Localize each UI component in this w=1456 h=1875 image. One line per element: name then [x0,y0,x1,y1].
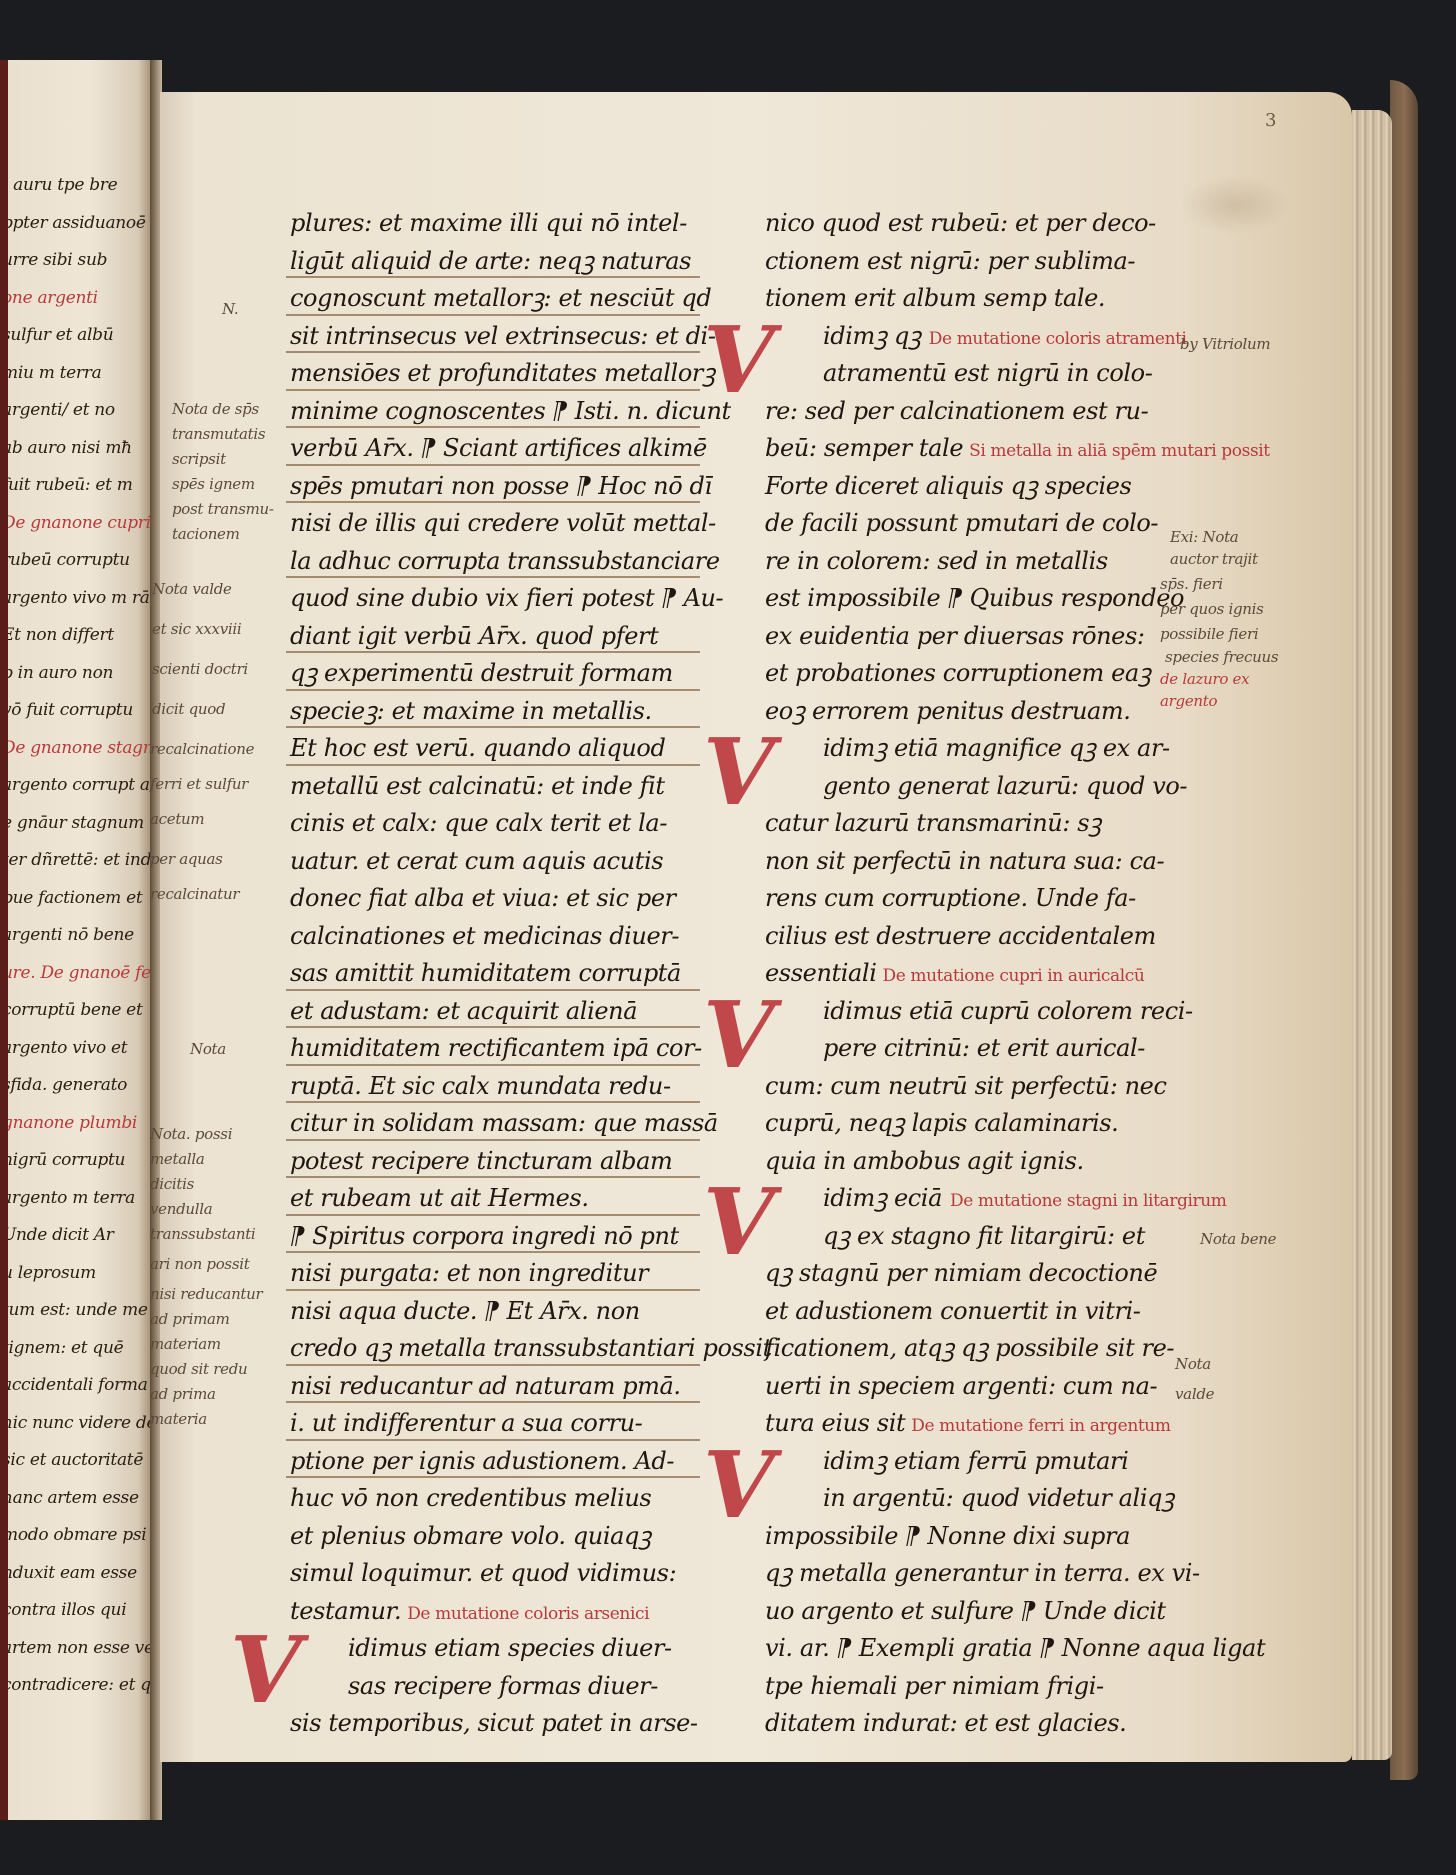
margin-note: Nota bene [1200,1230,1276,1248]
left-page-line: hic nunc videre de [2,1413,152,1433]
line-text: qꝫ ex stagno fit litargirū: et [823,1222,1145,1250]
text-line: pere citrinū: et erit aurical- [765,1030,1165,1068]
text-line: impossibile ⁋ Nonne dixi supra [765,1518,1165,1556]
margin-note: quod sit redu [150,1360,247,1378]
line-text: tpe hiemali per nimiam frigi- [765,1672,1104,1700]
decorated-initial: V [703,314,774,406]
left-page-line: rubeū corruptu [2,550,130,570]
margin-note: vendulla [150,1200,212,1218]
text-line: idimꝫ etiam ferrū pmutari [765,1443,1165,1481]
left-page-line: Et non differt [2,625,114,645]
left-page-line: accidentali forma [2,1375,148,1395]
line-text: testamur. [290,1597,401,1625]
decorated-initial: V [703,989,774,1081]
line-text: nisi aqua ducte. ⁋ Et Ar̄x. non [290,1297,640,1325]
text-line: uo argento et sulfure ⁋ Unde dicit [765,1593,1165,1631]
left-page-line: ter dñrettē: et inde [2,850,152,870]
line-text: impossibile ⁋ Nonne dixi supra [765,1522,1130,1550]
text-line: la adhuc corrupta transsubstanciare [290,543,700,581]
text-line: et adustam: et acquirit alienā [290,993,700,1031]
text-line: calcinationes et medicinas diuer- [290,918,700,956]
rubric-heading: Si metalla in aliā spēm mutari possit [969,441,1270,461]
text-line: huc vō non credentibus melius [290,1480,700,1518]
line-text: sas amittit humiditatem corruptā [290,959,681,987]
left-page-line: argento vivo m rā [2,588,150,608]
left-page-line: u leprosum [2,1263,96,1283]
line-text: potest recipere tincturam albam [290,1147,672,1175]
line-text: cum: cum neutrū sit perfectū: nec [765,1072,1167,1100]
margin-note: scienti doctri [152,660,248,678]
left-page-line: fuit rubeū: et m [2,475,133,495]
text-line: nisi de illis qui credere volūt mettal- [290,505,700,543]
line-text: i. ut indifferentur a sua corru- [290,1409,642,1437]
text-line: metallū est calcinatū: et inde fit [290,768,700,806]
text-line: ditatem indurat: et est glacies. [765,1705,1165,1743]
text-line: ⁋ Spiritus corpora ingredi nō pnt [290,1218,700,1256]
margin-note: ad primam [150,1310,230,1328]
margin-note: argento [1160,692,1217,710]
margin-note: Nota [190,1040,226,1058]
text-line: in argentū: quod videtur aliqꝫ [765,1480,1165,1518]
line-text: et adustam: et acquirit alienā [290,997,637,1025]
rubric-heading: De mutatione coloris atramenti [929,329,1187,349]
margin-note: by Vitriolum [1180,335,1270,353]
left-page-line: contradicere: et q [2,1675,151,1695]
line-text: la adhuc corrupta transsubstanciare [290,547,720,575]
margin-note: post transmu- [172,500,274,518]
text-line: sis temporibus, sicut patet in arse- [290,1705,700,1743]
line-text: diant igit verbū Ar̄x. quod pfert [290,622,658,650]
text-line: Et hoc est verū. quando aliquod [290,730,700,768]
text-line: quia in ambobus agit ignis. [765,1143,1165,1181]
line-text: nisi reducantur ad naturam pmā. [290,1372,681,1400]
text-line: vi. ar. ⁋ Exempli gratia ⁋ Nonne aqua li… [765,1630,1165,1668]
text-line: qꝫ experimentū destruit formam [290,655,700,693]
text-line: idimus etiam species diuer- [290,1630,700,1668]
decorated-initial: V [703,1176,774,1268]
line-text: tura eius sit [765,1409,905,1437]
line-text: non sit perfectū in natura sua: ca- [765,847,1164,875]
text-column-left: plures: et maxime illi qui nō intel-ligū… [290,205,700,1743]
left-page-line: miu m terra [2,363,101,383]
text-line: atramentū est nigrū in colo- [765,355,1165,393]
line-text: et rubeam ut ait Hermes. [290,1184,589,1212]
line-text: ⁋ Spiritus corpora ingredi nō pnt [290,1222,679,1250]
text-line: nisi aqua ducte. ⁋ Et Ar̄x. non [290,1293,700,1331]
line-text: et plenius obmare volo. quiaqꝫ [290,1522,651,1550]
margin-note: species frecuus [1165,648,1278,666]
text-line: diant igit verbū Ar̄x. quod pfert [290,618,700,656]
text-section: Vidimꝫ qꝫDe mutatione coloris atramentia… [765,318,1165,731]
text-line: tionem erit album semp tale. [765,280,1165,318]
line-text: atramentū est nigrū in colo- [823,359,1152,387]
line-text: ligūt aliquid de arte: neqꝫ naturas [290,247,691,275]
left-page-line: sic et auctoritatē [2,1450,143,1470]
text-line: cuprū, neqꝫ lapis calaminaris. [765,1105,1165,1143]
left-page-line: tignem: et quē [2,1338,123,1358]
text-line: donec fiat alba et viua: et sic per [290,880,700,918]
text-line: et adustionem conuertit in vitri- [765,1293,1165,1331]
text-line: simul loquimur. et quod vidimus: [290,1555,700,1593]
line-text: verbū Ar̄x. ⁋ Sciant artifices alkimē [290,434,707,462]
margin-note: recalcinatione [150,740,254,758]
line-text: metallū est calcinatū: et inde fit [290,772,665,800]
text-line: sas amittit humiditatem corruptā [290,955,700,993]
rubric-heading: De mutatione coloris arsenici [407,1604,649,1624]
line-text: sit intrinsecus vel extrinsecus: et di- [290,322,716,350]
text-line: nico quod est rubeū: et per deco- [765,205,1165,243]
line-text: essentiali [765,959,876,987]
margin-note: possibile fieri [1160,625,1258,643]
line-text: idimꝫ etiā magnifice qꝫ ex ar- [823,734,1170,762]
line-text: specieꝫ: et maxime in metallis. [290,697,652,725]
line-text: quod sine dubio vix fieri potest ⁋ Au- [290,584,723,612]
text-line: uatur. et cerat cum aquis acutis [290,843,700,881]
line-text: rens cum corruptione. Unde fa- [765,884,1136,912]
margin-note: ari non possit [150,1255,249,1273]
margin-note: valde [1175,1385,1214,1403]
left-page-line: hanc artem esse [2,1488,139,1508]
text-line: tura eius sitDe mutatione ferri in argen… [765,1405,1165,1443]
text-line: qꝫ stagnū per nimiam decoctionē [765,1255,1165,1293]
line-text: idimus etiā cuprū colorem reci- [823,997,1193,1025]
line-text: beū: semper tale [765,434,963,462]
line-text: ficationem, atqꝫ qꝫ possibile sit re- [765,1334,1174,1362]
margin-note: tacionem [172,525,240,543]
left-page-line: De gnanone stagni [2,738,152,758]
line-text: ruptā. Et sic calx mundata redu- [290,1072,671,1100]
line-text: cinis et calx: que calx terit et la- [290,809,667,837]
text-line: ligūt aliquid de arte: neqꝫ naturas [290,243,700,281]
line-text: et adustionem conuertit in vitri- [765,1297,1141,1325]
left-page-line: contra illos qui [2,1600,126,1620]
left-page-line: sfida. generato [2,1075,127,1095]
margin-note: acetum [150,810,204,828]
line-text: calcinationes et medicinas diuer- [290,922,679,950]
margin-note: nisi reducantur [150,1285,262,1303]
text-section: Vidimꝫ etiā magnifice qꝫ ex ar-gento gen… [765,730,1165,993]
margin-note: metalla [150,1150,205,1168]
left-page-line: ᵃ auru tpe bre [2,175,117,195]
text-line: beū: semper taleSi metalla in aliā spēm … [765,430,1165,468]
book-cover-edge [1390,80,1418,1780]
line-text: nisi purgata: et non ingreditur [290,1259,648,1287]
text-line: nisi reducantur ad naturam pmā. [290,1368,700,1406]
text-line: testamur.De mutatione coloris arsenici [290,1593,700,1631]
margin-note: transsubstanti [150,1225,255,1243]
left-page-line: pue factionem et [2,888,142,908]
margin-note: de lazuro ex [1160,670,1249,688]
line-text: plures: et maxime illi qui nō intel- [290,209,687,237]
text-line: cinis et calx: que calx terit et la- [290,805,700,843]
left-page-line: sulfur et albū [2,325,113,345]
decorated-initial: V [703,1439,774,1531]
text-line: gento generat lazurū: quod vo- [765,768,1165,806]
text-line: et rubeam ut ait Hermes. [290,1180,700,1218]
line-text: gento generat lazurū: quod vo- [823,772,1187,800]
text-section: Vidimus etiā cuprū colorem reci-pere cit… [765,993,1165,1181]
text-line: mensiōes et profunditates metallorꝫ [290,355,700,393]
margin-note: N. [222,300,238,318]
left-page-line: artem non esse veram [2,1638,152,1658]
rubric-heading: De mutatione ferri in argentum [911,1416,1170,1436]
text-line: idimꝫ qꝫDe mutatione coloris atramenti [765,318,1165,356]
margin-note: materiam [150,1335,221,1353]
line-text: spēs pmutari non posse ⁋ Hoc nō dī [290,472,712,500]
text-line: qꝫ metalla generantur in terra. ex vi- [765,1555,1165,1593]
text-line: non sit perfectū in natura sua: ca- [765,843,1165,881]
text-line: sas recipere formas diuer- [290,1668,700,1706]
margin-note: Nota de sp̄s [172,400,259,418]
left-binding [0,60,8,1820]
margin-note: Nota. possi [150,1125,232,1143]
text-line: ruptā. Et sic calx mundata redu- [290,1068,700,1106]
text-line: et probationes corruptionem eaꝫ [765,655,1165,693]
margin-note: recalcinatur [150,885,239,903]
text-line: plures: et maxime illi qui nō intel- [290,205,700,243]
left-page-line: ure. De gnanoē ferri [2,963,152,983]
line-text: donec fiat alba et viua: et sic per [290,884,676,912]
left-page-line: corruptū bene et [2,1000,142,1020]
text-line: citur in solidam massam: que massā [290,1105,700,1143]
text-line: catur lazurū transmarinū: sꝫ [765,805,1165,843]
left-page-line: argenti nō bene [2,925,134,945]
margin-note: scripsit [172,450,226,468]
text-line: idimꝫ eciāDe mutatione stagni in litargi… [765,1180,1165,1218]
text-line: i. ut indifferentur a sua corru- [290,1405,700,1443]
text-line: quod sine dubio vix fieri potest ⁋ Au- [290,580,700,618]
left-page-line: argenti/ et no [2,400,115,420]
margin-note: auctor trajit [1170,550,1258,568]
text-line: verbū Ar̄x. ⁋ Sciant artifices alkimē [290,430,700,468]
line-text: uatur. et cerat cum aquis acutis [290,847,663,875]
left-page-line: argento vivo et [2,1038,127,1058]
margin-note: spēs ignem [172,475,255,493]
text-line: eoꝫ errorem penitus destruam. [765,693,1165,731]
margin-note: Nota [1175,1355,1211,1373]
text-line: cum: cum neutrū sit perfectū: nec [765,1068,1165,1106]
left-page-line: e gnāur stagnum [2,813,144,833]
line-text: huc vō non credentibus melius [290,1484,651,1512]
margin-note: per quos ignis [1160,600,1264,618]
line-text: minime cognoscentes ⁋ Isti. n. dicunt [290,397,731,425]
margin-note: Nota valde [152,580,232,598]
line-text: qꝫ experimentū destruit formam [290,659,673,687]
left-page-line: gnanone plumbi [2,1113,137,1133]
margin-note: sp̄s. fieri [1160,575,1223,593]
text-line: Forte diceret aliquis qꝫ species [765,468,1165,506]
text-line: est impossibile ⁋ Quibus respondeo [765,580,1165,618]
margin-note: ferri et sulfur [150,775,248,793]
text-line: essentialiDe mutatione cupri in auricalc… [765,955,1165,993]
text-line: credo qꝫ metalla transsubstantiari possi… [290,1330,700,1368]
text-line: minime cognoscentes ⁋ Isti. n. dicunt [290,393,700,431]
text-line: re: sed per calcinationem est ru- [765,393,1165,431]
text-line: ptione per ignis adustionem. Ad- [290,1443,700,1481]
line-text: humiditatem rectificantem ipā cor- [290,1034,702,1062]
line-text: idimꝫ etiam ferrū pmutari [823,1447,1128,1475]
line-text: idimꝫ eciā [823,1184,942,1212]
line-text: quia in ambobus agit ignis. [765,1147,1084,1175]
line-text: catur lazurū transmarinū: sꝫ [765,809,1101,837]
left-page-line: urre sibi sub [2,250,107,270]
text-line: rens cum corruptione. Unde fa- [765,880,1165,918]
left-page-line: one argenti [2,288,98,308]
margin-note: dicit quod [152,700,225,718]
text-line: de facili possunt pmutari de colo- [765,505,1165,543]
page-edges [1352,110,1392,1760]
text-line: sit intrinsecus vel extrinsecus: et di- [290,318,700,356]
text-line: ctionem est nigrū: per sublima- [765,243,1165,281]
text-line: spēs pmutari non posse ⁋ Hoc nō dī [290,468,700,506]
left-page-line: De gnanone cupri [2,513,151,533]
line-text: mensiōes et profunditates metallorꝫ [290,359,715,387]
text-line: uerti in speciem argenti: cum na- [765,1368,1165,1406]
left-page-line: modo obmare psi [2,1525,146,1545]
page-stain [1180,175,1290,235]
margin-note: materia [150,1410,207,1428]
text-line: et plenius obmare volo. quiaqꝫ [290,1518,700,1556]
rubric-heading: De mutatione stagni in litargirum [950,1191,1226,1211]
line-text: credo qꝫ metalla transsubstantiari possi… [290,1334,772,1362]
text-section: Vidimꝫ eciāDe mutatione stagni in litarg… [765,1180,1165,1443]
text-line: nisi purgata: et non ingreditur [290,1255,700,1293]
line-text: cilius est destruere accidentalem [765,922,1156,950]
left-page-line: tum est: unde me [2,1300,148,1320]
margin-note: dicitis [150,1175,194,1193]
text-section: Vidimꝫ etiam ferrū pmutariin argentū: qu… [765,1443,1165,1743]
text-line: cognoscunt metallorꝫ: et nesciūt qd [290,280,700,318]
line-text: cognoscunt metallorꝫ: et nesciūt qd [290,284,711,312]
text-line: qꝫ ex stagno fit litargirū: et [765,1218,1165,1256]
line-text: pere citrinū: et erit aurical- [823,1034,1145,1062]
text-line: cilius est destruere accidentalem [765,918,1165,956]
text-line: humiditatem rectificantem ipā cor- [290,1030,700,1068]
line-text: uo argento et sulfure ⁋ Unde dicit [765,1597,1166,1625]
text-line: specieꝫ: et maxime in metallis. [290,693,700,731]
left-page-line: argento m terra [2,1188,135,1208]
text-line: potest recipere tincturam albam [290,1143,700,1181]
line-text: Et hoc est verū. quando aliquod [290,734,665,762]
left-page-line: nduxit eam esse [2,1563,137,1583]
margin-note: Exi: Nota [1170,528,1238,546]
left-page-line: Unde dicit Ar [2,1225,114,1245]
margin-note: per aquas [150,850,223,868]
line-text: vi. ar. ⁋ Exempli gratia ⁋ Nonne aqua li… [765,1634,1265,1662]
rubric-heading: De mutatione cupri in auricalcū [882,966,1144,986]
line-text: ptione per ignis adustionem. Ad- [290,1447,674,1475]
folio-number: 3 [1265,110,1276,131]
left-page-line: argento corrupt at [2,775,152,795]
left-page: ᵃ auru tpe breppter assiduanoēurre sibi … [0,60,152,1820]
line-text: idimꝫ qꝫ [823,322,921,350]
text-column-right: nico quod est rubeū: et per deco-ctionem… [765,205,1165,1743]
left-page-line: nigrū corruptu [2,1150,125,1170]
line-text: ditatem indurat: et est glacies. [765,1709,1126,1737]
text-line: re in colorem: sed in metallis [765,543,1165,581]
left-page-line: ab auro nisi mħ [2,438,132,458]
text-line: ex euidentia per diuersas rōnes: [765,618,1165,656]
left-page-line: p in auro non [2,663,113,683]
text-line: ficationem, atqꝫ qꝫ possibile sit re- [765,1330,1165,1368]
line-text: in argentū: quod videtur aliqꝫ [823,1484,1174,1512]
margin-note: transmutatis [172,425,265,443]
line-text: uerti in speciem argenti: cum na- [765,1372,1157,1400]
text-line: idimꝫ etiā magnifice qꝫ ex ar- [765,730,1165,768]
line-text: simul loquimur. et quod vidimus: [290,1559,676,1587]
text-line: idimus etiā cuprū colorem reci- [765,993,1165,1031]
line-text: cuprū, neqꝫ lapis calaminaris. [765,1109,1118,1137]
margin-note: ad prima [150,1385,216,1403]
line-text: nisi de illis qui credere volūt mettal- [290,509,716,537]
line-text: citur in solidam massam: que massā [290,1109,718,1137]
text-line: tpe hiemali per nimiam frigi- [765,1668,1165,1706]
line-text: qꝫ stagnū per nimiam decoctionē [765,1259,1157,1287]
decorated-initial: V [703,726,774,818]
line-text: re: sed per calcinationem est ru- [765,397,1148,425]
line-text: qꝫ metalla generantur in terra. ex vi- [765,1559,1200,1587]
left-page-line: vō fuit corruptu [2,700,133,720]
margin-note: et sic xxxviii [152,620,241,638]
left-page-line: ppter assiduanoē [2,213,146,233]
